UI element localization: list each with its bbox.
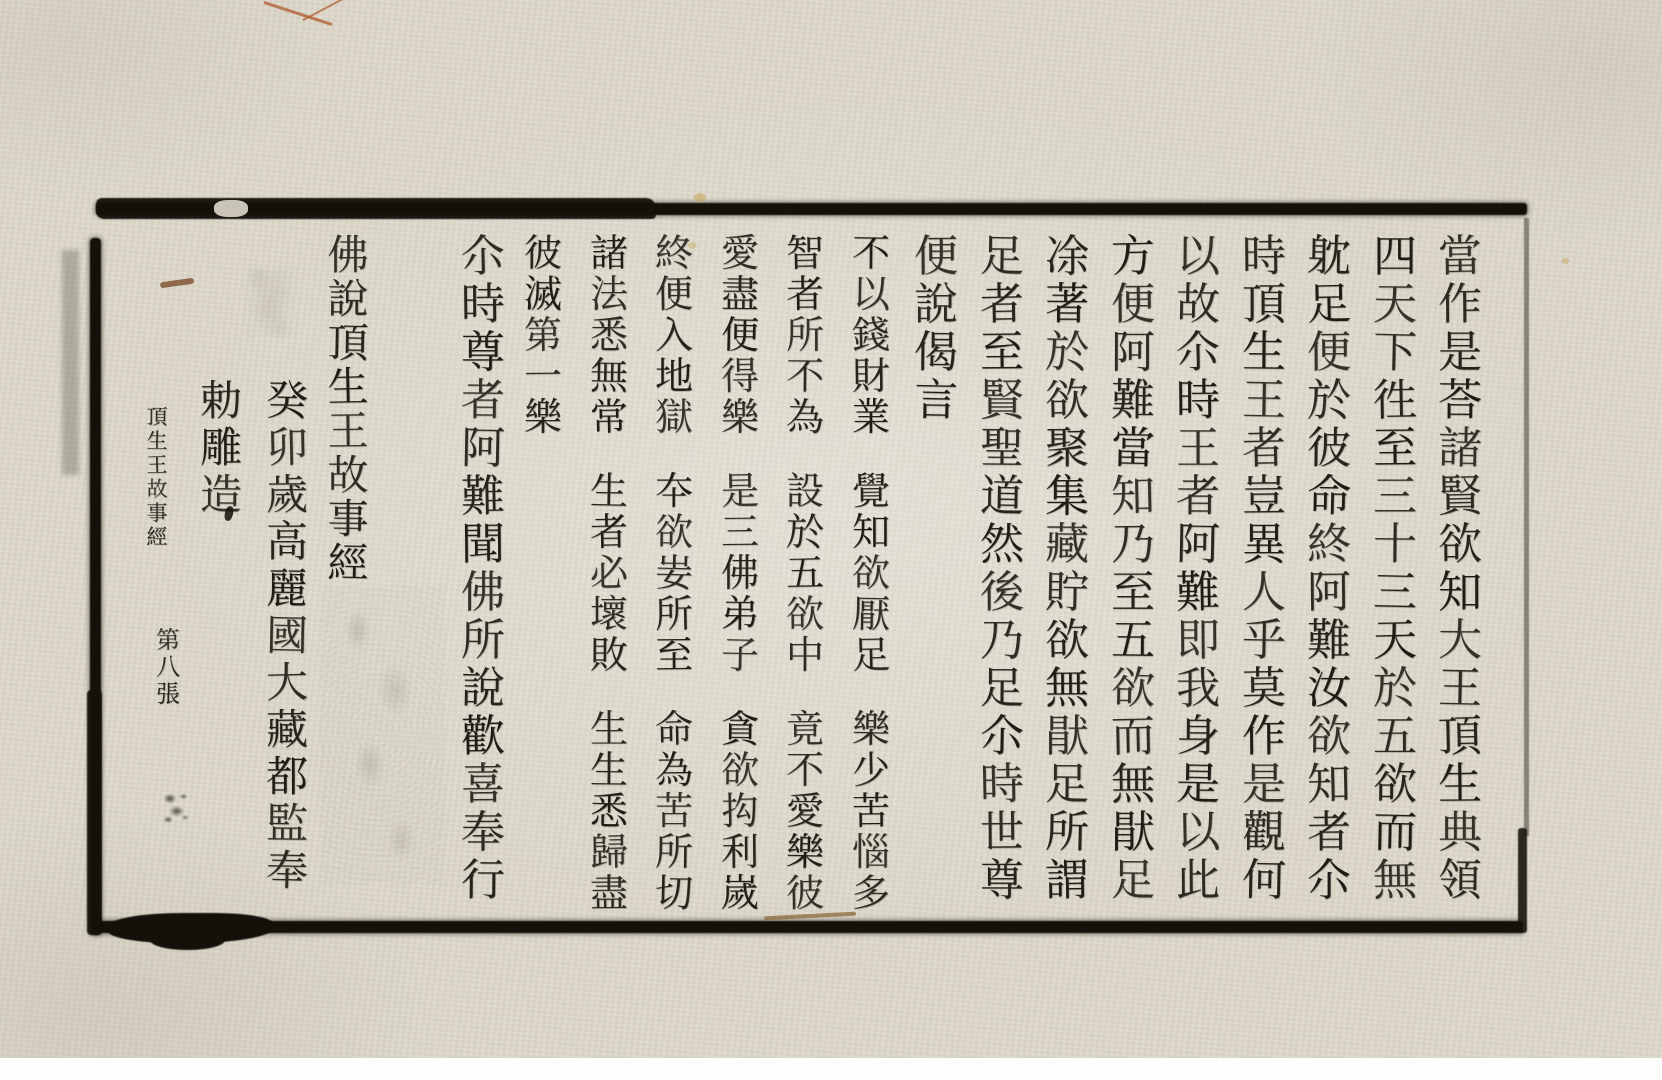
glyph: 頂	[143, 405, 171, 429]
glyph: 猒	[1038, 713, 1096, 761]
glyph: 徃	[1366, 376, 1425, 425]
glyph: 得	[711, 355, 770, 397]
glyph: 必	[580, 553, 638, 595]
glyph: 說	[454, 664, 513, 713]
glyph: 欲	[1038, 616, 1097, 665]
glyph: 都	[262, 754, 312, 801]
glyph: 足	[1300, 280, 1359, 329]
glyph: 為	[645, 750, 703, 792]
glyph: 滅	[514, 273, 573, 315]
frame-border-left-lower	[87, 690, 102, 935]
glyph: 頂	[1431, 712, 1490, 761]
glyph: 者	[776, 274, 834, 316]
glyph: 何	[1235, 856, 1294, 905]
glyph: 乃	[1104, 521, 1162, 570]
glyph: 愛	[711, 233, 769, 274]
glyph: 生	[319, 364, 378, 409]
glyph: 王	[1169, 425, 1227, 473]
glyph: 時	[1169, 377, 1227, 426]
yellow-stain-3	[1562, 258, 1569, 264]
glyph: 方	[1104, 232, 1163, 281]
glyph: 知	[1300, 760, 1359, 809]
glyph: 者	[1300, 809, 1358, 858]
glyph: 竟	[776, 709, 834, 751]
glyph: 貯	[1038, 568, 1097, 617]
glyph: 至	[973, 329, 1031, 378]
glyph: 奉	[454, 809, 512, 857]
glyph: 子	[711, 634, 770, 676]
text-column-main-7: 凃著於欲聚集藏貯欲無猒足所謂	[1038, 233, 1096, 905]
glyph: 至	[645, 635, 703, 677]
glyph: 偈	[907, 329, 965, 378]
glyph: 佛	[711, 553, 769, 594]
glyph: 悉	[580, 315, 638, 357]
glyph: 足	[842, 634, 901, 676]
glyph: 三	[1366, 568, 1425, 617]
glyph: 弟	[711, 594, 769, 636]
glyph: 彼	[776, 872, 835, 914]
glyph: 故	[319, 453, 377, 497]
glyph: 作	[1431, 281, 1489, 330]
glyph: 五	[1104, 617, 1162, 666]
glyph: 知	[1104, 472, 1163, 521]
glyph: 妛	[645, 552, 704, 594]
glyph: 王	[1235, 376, 1294, 425]
text-column-verse-6: 彼滅第一樂	[514, 233, 572, 438]
glyph: 無	[1038, 665, 1096, 714]
glyph: 終	[1300, 520, 1359, 569]
glyph: 是	[1169, 760, 1228, 809]
glyph: 五	[1366, 713, 1424, 761]
glyph: 人	[1235, 569, 1293, 618]
text-column-sheet-number: 第八張	[153, 627, 183, 708]
glyph: 欲	[1300, 712, 1359, 761]
glyph: 難	[1300, 617, 1358, 665]
glyph: 故	[143, 477, 171, 501]
glyph: 大	[1431, 617, 1489, 666]
glyph: 諸	[1431, 424, 1490, 473]
glyph: 設	[776, 471, 834, 513]
glyph: 八	[153, 654, 183, 681]
glyph: 經	[319, 540, 378, 585]
glyph: 所	[645, 832, 703, 874]
glyph: 便	[907, 233, 965, 282]
glyph: 時	[1235, 233, 1293, 282]
glyph: 生	[580, 709, 638, 750]
glyph: 天	[1366, 281, 1424, 330]
glyph: 我	[1169, 665, 1227, 713]
glyph: 地	[645, 356, 703, 397]
glyph: 賢	[973, 377, 1031, 425]
faint-dot-smudge	[243, 268, 298, 338]
glyph: 事	[319, 497, 377, 542]
glyph: 賢	[1431, 472, 1490, 521]
glyph: 癸	[262, 377, 313, 425]
glyph: 於	[1366, 665, 1424, 714]
glyph: 經	[143, 525, 171, 549]
text-column-main-6: 方便阿難當知乃至五欲而無猒足	[1104, 233, 1162, 905]
glyph: 阿	[1169, 520, 1228, 569]
glyph: 張	[153, 681, 183, 708]
glyph: 知	[842, 512, 900, 553]
glyph: 頂	[1235, 281, 1293, 329]
glyph: 生	[1431, 761, 1489, 810]
glyph: 藏	[262, 707, 312, 755]
glyph: 即	[1169, 617, 1227, 666]
glyph: 足	[1038, 761, 1096, 810]
glyph: 是	[1431, 329, 1489, 377]
glyph: 入	[645, 315, 703, 357]
glyph: 多	[842, 873, 900, 915]
glyph: 歲	[262, 472, 312, 520]
text-column-main-9: 便說偈言	[907, 233, 965, 425]
glyph: 說	[907, 281, 965, 329]
glyph: 而	[1366, 808, 1425, 857]
glyph: 是	[1235, 761, 1293, 809]
glyph: 言	[907, 376, 966, 425]
glyph: 欲	[776, 594, 834, 636]
glyph: 樂	[776, 831, 835, 873]
glyph: 業	[842, 397, 900, 438]
frame-border-bottom	[96, 921, 1523, 933]
glyph: 以	[842, 273, 901, 315]
glyph: 悉	[580, 790, 639, 832]
glyph: 彼	[1300, 425, 1358, 474]
glyph: 命	[645, 708, 704, 750]
glyph: 貪	[711, 709, 769, 751]
glyph: 不	[842, 233, 900, 275]
glyph: 所	[645, 593, 704, 635]
glyph: 佛	[319, 233, 377, 277]
glyph: 為	[776, 396, 835, 438]
glyph: 第	[153, 627, 184, 655]
text-column-main-8: 足者至賢聖道然後乃足尒時世尊	[973, 233, 1031, 905]
glyph: 而	[1104, 712, 1163, 761]
glyph: 異	[1235, 521, 1293, 569]
glyph: 麗	[262, 566, 312, 614]
frame-border-left-smear	[62, 250, 79, 475]
frame-border-right	[1524, 218, 1529, 836]
glyph: 然	[973, 520, 1032, 569]
glyph: 便	[645, 273, 704, 315]
glyph: 尒	[973, 712, 1032, 761]
glyph: 難	[1104, 377, 1162, 426]
glyph: 觀	[1235, 809, 1293, 858]
glyph: 奉	[262, 847, 313, 895]
glyph: 欲	[1431, 521, 1489, 570]
glyph: 王	[143, 453, 171, 478]
glyph: 尒	[1300, 857, 1358, 905]
text-column-verse-4: 終便入地獄夲欲妛所至命為苦所切	[645, 233, 703, 914]
glyph: 三	[711, 512, 769, 554]
frame-border-chip	[214, 200, 248, 217]
frame-border-bottom-blob-2	[150, 930, 225, 950]
glyph: 樂	[711, 397, 769, 439]
glyph: 常	[580, 396, 639, 438]
glyph: 財	[842, 356, 900, 398]
glyph: 下	[1366, 328, 1425, 377]
glyph: 欲	[645, 512, 703, 554]
text-column-closing: 尒時尊者阿難聞佛所說歡喜奉行	[454, 233, 512, 905]
glyph: 頂	[319, 320, 378, 365]
glyph: 於	[1038, 328, 1097, 377]
glyph: 典	[1431, 809, 1489, 857]
glyph: 藏	[1038, 521, 1096, 570]
glyph: 說	[319, 277, 377, 322]
glyph: 佛	[454, 569, 512, 617]
glyph: 時	[454, 281, 512, 330]
glyph: 阿	[1104, 329, 1162, 377]
glyph: 法	[580, 274, 638, 315]
glyph: 喜	[454, 761, 512, 810]
glyph: 此	[1169, 857, 1227, 906]
glyph: 阿	[1300, 569, 1358, 618]
glyph: 卯	[262, 424, 313, 472]
glyph: 無	[1104, 761, 1162, 810]
glyph: 盡	[580, 873, 638, 915]
text-column-verse-1: 不以錢財業覺知欲厭足樂少苦惱多	[842, 233, 900, 914]
glyph: 作	[1235, 713, 1293, 762]
glyph: 集	[1038, 473, 1096, 521]
glyph: 荅	[1431, 377, 1489, 426]
glyph: 第	[514, 314, 573, 356]
glyph: 愛	[776, 791, 834, 833]
text-column-verse-3: 愛盡便得樂是三佛弟子貪欲抅利嵗	[711, 233, 769, 914]
glyph: 監	[262, 801, 312, 849]
glyph: 所	[454, 617, 512, 666]
text-column-colophon-date: 癸卯歲高麗國大藏都監奉	[262, 378, 312, 895]
glyph: 終	[645, 232, 704, 274]
glyph: 道	[973, 472, 1032, 521]
glyph: 時	[973, 760, 1032, 809]
glyph: 三	[1366, 473, 1424, 521]
glyph: 足	[973, 665, 1031, 714]
glyph: 欲	[711, 749, 770, 791]
glyph: 覺	[842, 471, 900, 513]
text-column-verse-2: 智者所不為設於五欲中竟不愛樂彼	[776, 233, 834, 914]
glyph: 凃	[1038, 233, 1096, 281]
glyph: 嵗	[711, 873, 769, 914]
glyph: 不	[776, 750, 834, 791]
glyph: 造	[196, 472, 246, 520]
text-column-main-5: 以故尒時王者阿難即我身是以此	[1169, 233, 1227, 905]
glyph: 身	[1169, 713, 1227, 762]
glyph: 尊	[454, 329, 512, 377]
glyph: 歸	[580, 831, 639, 873]
frame-border-right-lower	[1518, 828, 1527, 933]
glyph: 高	[262, 519, 312, 566]
glyph: 者	[973, 280, 1032, 329]
cipher-mark	[158, 786, 192, 828]
glyph: 乎	[1235, 616, 1294, 665]
glyph: 難	[1169, 568, 1228, 617]
glyph: 尒	[454, 232, 513, 281]
glyph: 者	[454, 377, 512, 426]
glyph: 樂	[514, 397, 572, 438]
glyph: 國	[262, 612, 313, 660]
glyph: 生	[1235, 329, 1293, 378]
glyph: 欲	[842, 553, 900, 595]
glyph: 欲	[1038, 376, 1097, 425]
glyph: 壞	[580, 594, 638, 635]
glyph: 猒	[1104, 809, 1162, 857]
text-column-verse-5: 諸法悉無常生者必壞敗生生悉歸盡	[580, 233, 638, 914]
glyph: 生	[143, 429, 171, 454]
glyph: 諸	[580, 233, 638, 275]
glyph: 聞	[454, 521, 512, 570]
glyph: 者	[580, 511, 639, 553]
glyph: 豈	[1235, 473, 1293, 522]
glyph: 以	[1169, 808, 1228, 857]
glyph: 故	[1169, 280, 1228, 329]
glyph: 便	[1104, 281, 1162, 330]
glyph: 王	[319, 409, 377, 454]
glyph: 著	[1038, 281, 1096, 330]
glyph: 乃	[973, 617, 1031, 665]
glyph: 於	[1300, 377, 1358, 425]
glyph: 汝	[1300, 665, 1358, 714]
glyph: 所	[776, 315, 834, 356]
glyph: 以	[1169, 233, 1227, 282]
text-column-colophon-chik: 勅雕造	[196, 378, 246, 519]
glyph: 便	[711, 314, 770, 356]
glyph: 至	[1366, 425, 1424, 474]
text-column-end-title: 佛說頂生王故事經	[319, 233, 377, 585]
glyph: 利	[711, 832, 769, 874]
text-column-main-2: 四天下徃至三十三天於五欲而無	[1366, 233, 1424, 905]
glyph: 少	[842, 749, 901, 791]
glyph: 智	[776, 232, 835, 274]
glyph: 厭	[842, 593, 901, 635]
glyph: 彼	[514, 233, 572, 275]
glyph: 十	[1366, 521, 1424, 570]
ghost-ink-smudge	[320, 585, 445, 885]
glyph: 樂	[842, 708, 901, 750]
glyph: 世	[973, 809, 1031, 858]
glyph: 雕	[196, 425, 246, 472]
glyph: 欲	[1366, 761, 1424, 810]
glyph: 至	[1104, 569, 1162, 617]
glyph: 大	[262, 659, 313, 707]
glyph: 領	[1431, 857, 1489, 906]
glyph: 惱	[842, 832, 900, 873]
glyph: 夲	[645, 471, 703, 512]
glyph: 知	[1431, 569, 1489, 617]
glyph: 是	[711, 470, 770, 512]
glyph: 抅	[711, 790, 770, 832]
glyph: 當	[1104, 424, 1163, 473]
glyph: 足	[973, 232, 1032, 281]
glyph: 尊	[973, 857, 1031, 905]
glyph: 中	[776, 635, 834, 676]
glyph: 王	[1431, 664, 1490, 713]
glyph: 尒	[1169, 328, 1228, 377]
glyph: 謂	[1038, 856, 1097, 905]
glyph: 命	[1300, 472, 1359, 521]
glyph: 歡	[454, 712, 513, 761]
glyph: 苦	[645, 791, 703, 832]
glyph: 後	[973, 569, 1031, 618]
glyph: 足	[1104, 857, 1162, 906]
glyph: 天	[1366, 616, 1425, 665]
glyph: 不	[776, 356, 834, 398]
glyph: 盡	[711, 274, 769, 316]
glyph: 所	[1038, 808, 1097, 857]
glyph: 生	[580, 750, 638, 792]
glyph: 勅	[196, 378, 246, 426]
glyph: 者	[1169, 473, 1227, 522]
glyph: 事	[143, 501, 171, 525]
glyph: 行	[454, 857, 512, 906]
glyph: 當	[1431, 232, 1490, 281]
glyph: 錢	[842, 314, 901, 356]
glyph: 無	[580, 355, 639, 397]
photo-bottom-margin	[0, 1058, 1662, 1080]
glyph: 敗	[580, 635, 638, 677]
glyph: 一	[514, 356, 572, 398]
text-column-running-title: 頂生王故事經	[143, 405, 171, 549]
glyph: 阿	[454, 424, 513, 473]
glyph: 者	[1235, 424, 1294, 473]
glyph: 聚	[1038, 425, 1096, 474]
glyph: 聖	[973, 425, 1031, 474]
text-column-main-3: 躭足便於彼命終阿難汝欲知者尒	[1300, 233, 1358, 905]
glyph: 四	[1366, 233, 1424, 281]
glyph: 獄	[645, 397, 703, 439]
glyph: 苦	[842, 791, 900, 833]
glyph: 躭	[1300, 232, 1359, 281]
glyph: 難	[454, 472, 513, 521]
frame-border-top-heavy	[96, 198, 656, 219]
yellow-stain	[694, 193, 706, 202]
glyph: 五	[776, 552, 835, 594]
glyph: 生	[580, 470, 639, 512]
glyph: 切	[645, 872, 704, 914]
glyph: 便	[1300, 329, 1358, 378]
glyph: 無	[1366, 856, 1425, 905]
glyph: 欲	[1104, 664, 1163, 713]
text-column-main-4: 時頂生王者豈異人乎莫作是觀何	[1235, 233, 1293, 905]
text-column-main-1: 當作是荅諸賢欲知大王頂生典領	[1431, 233, 1489, 905]
glyph: 莫	[1235, 664, 1294, 713]
glyph: 於	[776, 511, 835, 553]
